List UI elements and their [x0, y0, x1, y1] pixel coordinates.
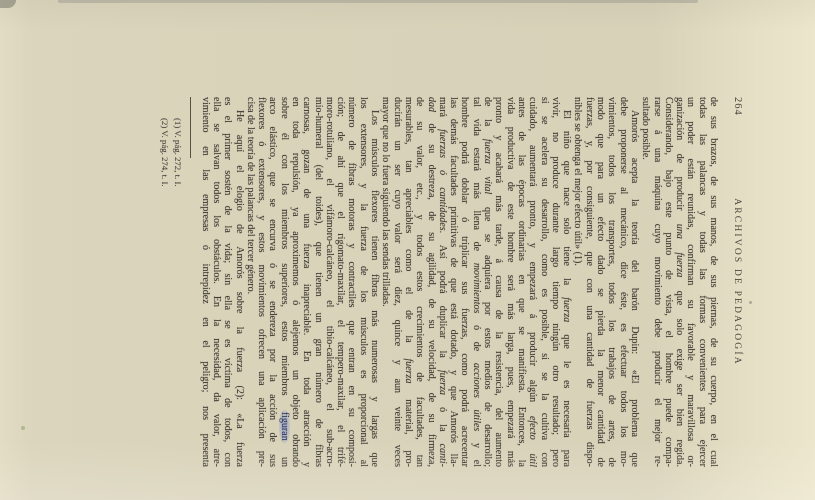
text-line: fuerzas, y, por consiguiente, que con un… — [583, 97, 594, 467]
text-line: de la fuerza vital que se adquiera por e… — [482, 97, 493, 467]
text-line: las demás facultades primitivas de que e… — [448, 97, 459, 467]
text-line: ción; de ahí que el rigomato-maxilar, el… — [335, 97, 346, 467]
text-line: rarse á una máquina cuyo movimiento debe… — [651, 97, 662, 467]
text-line: nibles se obtenga el mejor efecto útil» … — [572, 97, 583, 467]
scan-edge-artifact — [58, 0, 698, 3]
footnotes-block: (1) V. pág. 272, t. I.(2) V. pág. 274, t… — [158, 118, 184, 458]
text-line: hombre podrá doblar ó triplicar sus fuer… — [459, 97, 470, 467]
text-line: vida productiva de este hombre será más … — [504, 97, 515, 467]
text-line: pronto y acabará más tarde, á causa de l… — [493, 97, 504, 467]
text-line: de sus brazos, de sus manos, de sus pier… — [708, 97, 719, 467]
text-line: número de fibras motoras y contractiles … — [346, 97, 357, 467]
text-line: carnosas, gozan de una fuerza inapreciab… — [301, 97, 312, 467]
page-content-rotated: 264 ARCHIVOS DE PEDAGOGÍA de sus brazos,… — [0, 0, 815, 500]
text-line: un poder están reunidas, confirman su fa… — [685, 97, 696, 467]
text-line: debe proponerse al mecánico, dice éste, … — [617, 97, 628, 467]
text-line: sultado posible. — [640, 97, 651, 467]
text-line: si se acelera su desarrollo, como es pos… — [538, 97, 549, 467]
blue-ink-smudge: figuran — [279, 410, 290, 443]
text-line: Los músculos flexores tienen fibras más … — [369, 97, 380, 467]
text-line: mayor que no lo fuera siguiendo las send… — [380, 97, 391, 467]
text-line: cisa de la teoría de las palancas del te… — [245, 97, 256, 467]
text-line: antes de las épocas ordinarias en que se… — [516, 97, 527, 467]
text-line: los extensores, y la fuerza de los múscu… — [358, 97, 369, 467]
text-line: Amorós acepta la teoría del barón Dupin:… — [629, 97, 640, 467]
text-line: ganización de producir una fuerza que so… — [674, 97, 685, 467]
text-line: arco elástico, que se encurva ó se ender… — [267, 97, 278, 467]
text-line: cuidado, aumentará pronto, y empezará á … — [527, 97, 538, 467]
text-line: tal vida estará más llena de movimientos… — [470, 97, 481, 467]
footnote-line: (1) V. pág. 272, t. I. — [171, 118, 184, 458]
text-line: en toda repulsión, ya aproximemos ó alej… — [290, 97, 301, 467]
text-line: de su valor, etc., y todos estos crecimi… — [414, 97, 425, 467]
paper-speck — [749, 301, 752, 304]
page-header: 264 ARCHIVOS DE PEDAGOGÍA — [729, 97, 743, 467]
text-line: Considerando, bajo este punto de vista, … — [663, 97, 674, 467]
text-line: El niño que nace solo tiene la fuerza qu… — [561, 97, 572, 467]
text-line: He aquí el elogio de Amorós sobre la fue… — [233, 97, 244, 467]
footnote-line: (2) V. pág. 274, t. I. — [158, 118, 171, 458]
scanned-book-page: 264 ARCHIVOS DE PEDAGOGÍA de sus brazos,… — [0, 0, 815, 500]
header-title: ARCHIVOS DE PEDAGOGÍA — [732, 97, 742, 467]
text-line: vivir, no produce durante largo tiempo n… — [550, 97, 561, 467]
text-line: vimientos, todos los transportes, todos … — [606, 97, 617, 467]
text-line: vimiento en las empresas ó intrepidez en… — [199, 97, 210, 467]
body-text-block: de sus brazos, de sus manos, de sus pier… — [199, 97, 719, 467]
text-line: moro-rotuliano, el vifámoro-calcáneo, el… — [324, 97, 335, 467]
text-line: mesurables, tan apreciables como el de l… — [403, 97, 414, 467]
paper-speck — [21, 426, 25, 430]
text-line: es el primer sostén de la vida; sin ella… — [222, 97, 233, 467]
text-line: modo que para un efecto dado se pierda l… — [595, 97, 606, 467]
text-line: ducirán un ser cuyo valor será diez, qui… — [391, 97, 402, 467]
text-line: todas las palancas y todas las formas co… — [696, 97, 707, 467]
text-line: mará fuerzas ó cantidades. Así podrá dup… — [437, 97, 448, 467]
text-line: ella se salvan todos los obstáculos. En … — [211, 97, 222, 467]
footnote-rule — [190, 97, 191, 158]
text-line: flexores ó extensores, y estos movimient… — [256, 97, 267, 467]
text-line: dad de su destreza, de su agilidad, de s… — [425, 97, 436, 467]
text-line: mio-humeral (del toides), que tienen un … — [312, 97, 323, 467]
text-line: sobre él con los miembros superiores, es… — [278, 97, 289, 467]
